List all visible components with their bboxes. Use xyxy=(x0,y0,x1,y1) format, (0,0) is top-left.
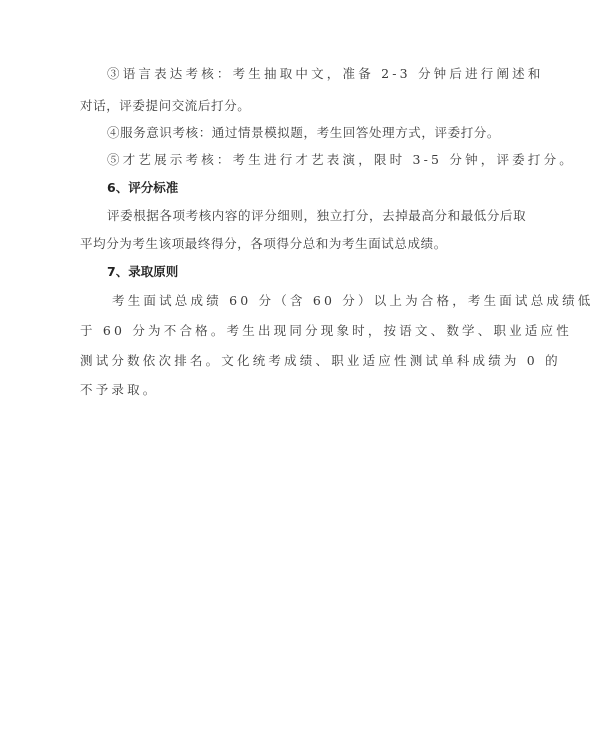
section-7-line-4: 不予录取。 xyxy=(80,382,159,398)
section-7-line-1: 考生面试总成绩 60 分（含 60 分）以上为合格，考生面试总成绩低 xyxy=(112,293,594,309)
section-7-line-2: 于 60 分为不合格。考生出现同分现象时，按语文、数学、职业适应性 xyxy=(80,323,572,339)
section-6-heading: 6、评分标准 xyxy=(107,180,178,196)
document-page: ③语言表达考核：考生抽取中文，准备 2-3 分钟后进行阐述和 对话，评委提问交流… xyxy=(0,0,600,734)
item-3-line-2: 对话，评委提问交流后打分。 xyxy=(80,98,250,114)
section-7-heading: 7、录取原则 xyxy=(107,264,178,280)
section-7-line-3: 测试分数依次排名。文化统考成绩、职业适应性测试单科成绩为 0 的 xyxy=(80,353,561,369)
section-6-line-2: 平均分为考生该项最终得分，各项得分总和为考生面试总成绩。 xyxy=(80,236,447,252)
item-4-line-1: ④服务意识考核：通过情景模拟题，考生回答处理方式，评委打分。 xyxy=(107,125,500,141)
item-3-line-1: ③语言表达考核：考生抽取中文，准备 2-3 分钟后进行阐述和 xyxy=(107,66,544,82)
item-5-line-1: ⑤才艺展示考核：考生进行才艺表演，限时 3-5 分钟，评委打分。 xyxy=(107,152,575,168)
section-6-line-1: 评委根据各项考核内容的评分细则，独立打分，去掉最高分和最低分后取 xyxy=(107,208,526,224)
